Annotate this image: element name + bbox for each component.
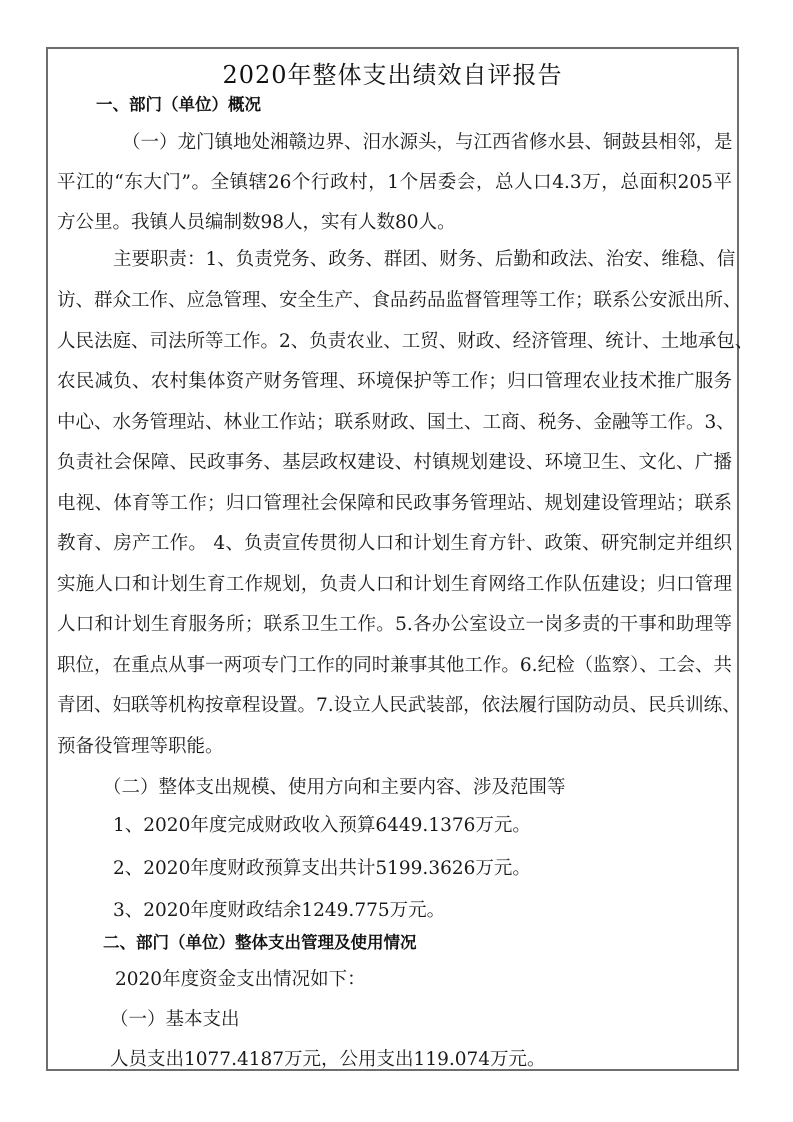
budget-item-1: 1、2020年度完成财政收入预算6449.1376万元。 xyxy=(113,813,531,839)
budget-item-3: 3、2020年度财政结余1249.775万元。 xyxy=(113,898,445,924)
duties-line-11: 职位，在重点从事一两项专门工作的同时兼事其他工作。6.纪检（监察）、工会、共 xyxy=(57,653,732,679)
budget-item-2: 2、2020年度财政预算支出共计5199.3626万元。 xyxy=(113,856,531,882)
section-2-intro: 2020年度资金支出情况如下： xyxy=(115,967,366,993)
overview-line-2: 平江的“东大门”。全镇辖26个行政村，1个居委会，总人口4.3万，总面积205平 xyxy=(57,170,732,196)
duties-line-10: 人口和计划生育服务所；联系卫生工作。5.各办公室设立一岗多责的干事和助理等 xyxy=(57,612,732,638)
duties-line-12: 青团、妇联等机构按章程设置。7.设立人民武装部，依法履行国防动员、民兵训练、 xyxy=(57,693,732,719)
basic-expense-line: 人员支出1077.4187万元，公用支出119.074万元。 xyxy=(110,1047,546,1073)
duties-line-2: 访、群众工作、应急管理、安全生产、食品药品监督管理等工作；联系公安派出所、 xyxy=(57,288,732,314)
overview-line-3: 方公里。我镇人员编制数98人，实有人数80人。 xyxy=(57,210,456,236)
duties-line-6: 负责社会保障、民政事务、基层政权建设、村镇规划建设、环境卫生、文化、广播 xyxy=(57,450,732,476)
document-frame: 2020年整体支出绩效自评报告 一、部门（单位）概况 （一）龙门镇地处湘赣边界、… xyxy=(46,47,739,1071)
duties-line-3: 人民法庭、司法所等工作。2、负责农业、工贸、财政、经济管理、统计、土地承包、 xyxy=(57,329,732,355)
overview-line-1: （一）龙门镇地处湘赣边界、汨水源头，与江西省修水县、铜鼓县相邻，是 xyxy=(122,130,732,156)
subsection-2-heading: （二）整体支出规模、使用方向和主要内容、涉及范围等 xyxy=(103,775,566,801)
duties-line-5: 中心、水务管理站、林业工作站；联系财政、国土、工商、税务、金融等工作。3、 xyxy=(57,410,732,436)
section-2-heading: 二、部门（单位）整体支出管理及使用情况 xyxy=(103,931,417,955)
duties-line-13: 预备役管理等职能。 xyxy=(57,734,224,760)
subsection-basic-heading: （一）基本支出 xyxy=(110,1007,240,1033)
document-title: 2020年整体支出绩效自评报告 xyxy=(48,57,737,93)
duties-line-4: 农民减负、农村集体资产财务管理、环境保护等工作；归口管理农业技术推广服务 xyxy=(57,369,732,395)
duties-line-1: 主要职责：1、负责党务、政务、群团、财务、后勤和政法、治安、维稳、信 xyxy=(113,247,732,273)
duties-line-7: 电视、体育等工作；归口管理社会保障和民政事务管理站、规划建设管理站；联系 xyxy=(57,491,732,517)
duties-line-9: 实施人口和计划生育工作规划，负责人口和计划生育网络工作队伍建设；归口管理 xyxy=(57,572,732,598)
section-1-heading: 一、部门（单位）概况 xyxy=(96,93,261,117)
duties-line-8: 教育、房产工作。 4、负责宣传贯彻人口和计划生育方针、政策、研究制定并组织 xyxy=(57,531,732,557)
